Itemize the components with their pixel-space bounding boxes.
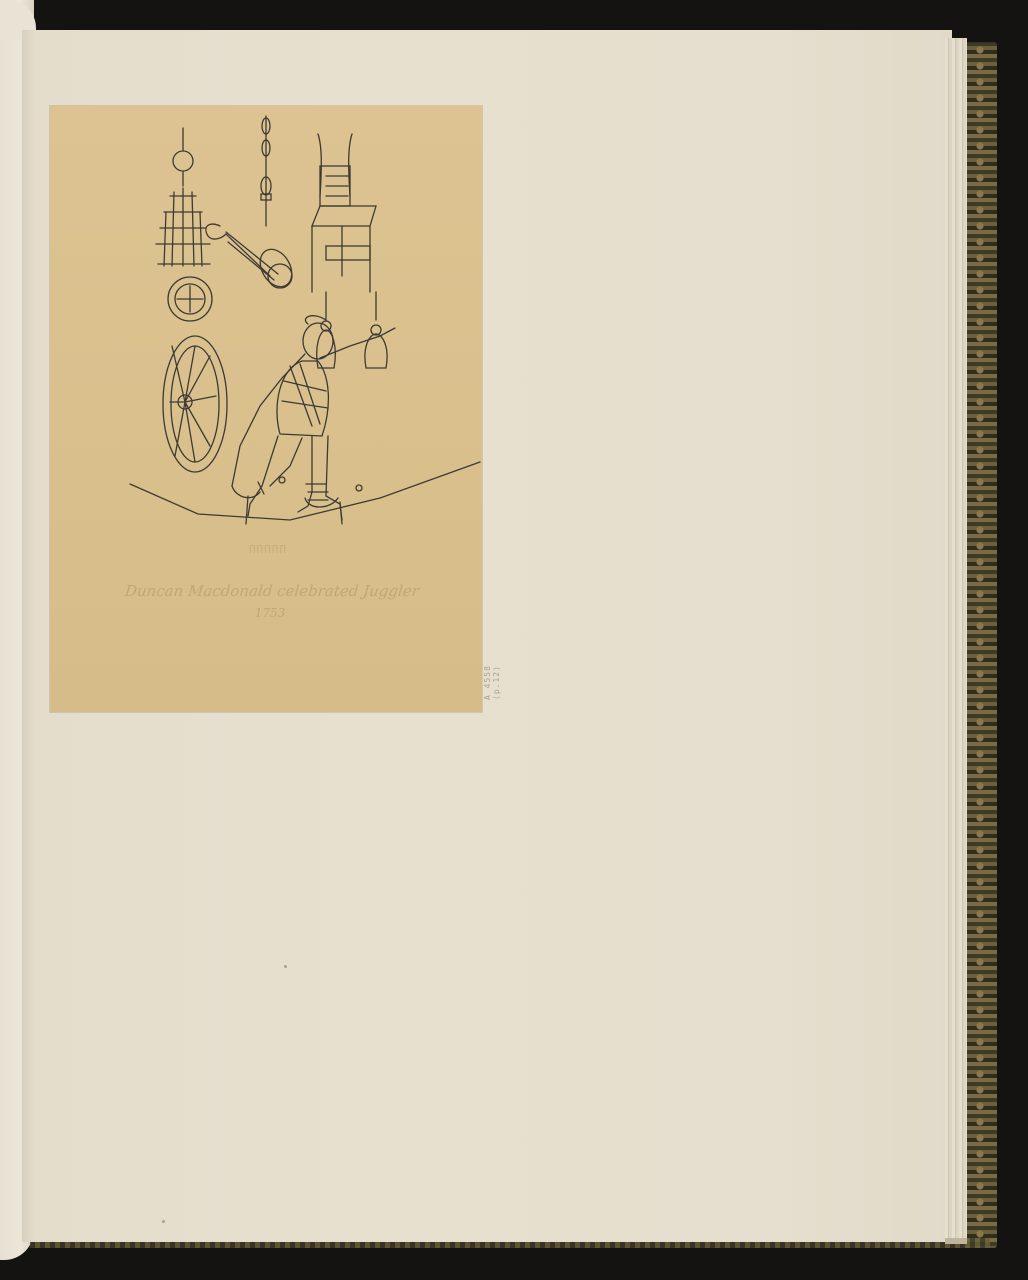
caption-inscription: Duncan Macdonald celebrated Juggler bbox=[124, 582, 486, 600]
decorative-binding-edge bbox=[963, 42, 997, 1248]
page-stack-edge bbox=[945, 38, 967, 1244]
paper-speck bbox=[284, 965, 287, 968]
collection-stamp: ΠΠΠΠΠ bbox=[238, 543, 298, 556]
pencil-drawing bbox=[50, 106, 482, 712]
mounted-sketch: ΠΠΠΠΠ Duncan Macdonald celebrated Juggle… bbox=[50, 106, 482, 712]
paper-speck bbox=[162, 1220, 165, 1223]
caption-date: 1753 bbox=[240, 606, 300, 620]
shelfmark-label: A 4558 (p.12) bbox=[483, 640, 497, 700]
